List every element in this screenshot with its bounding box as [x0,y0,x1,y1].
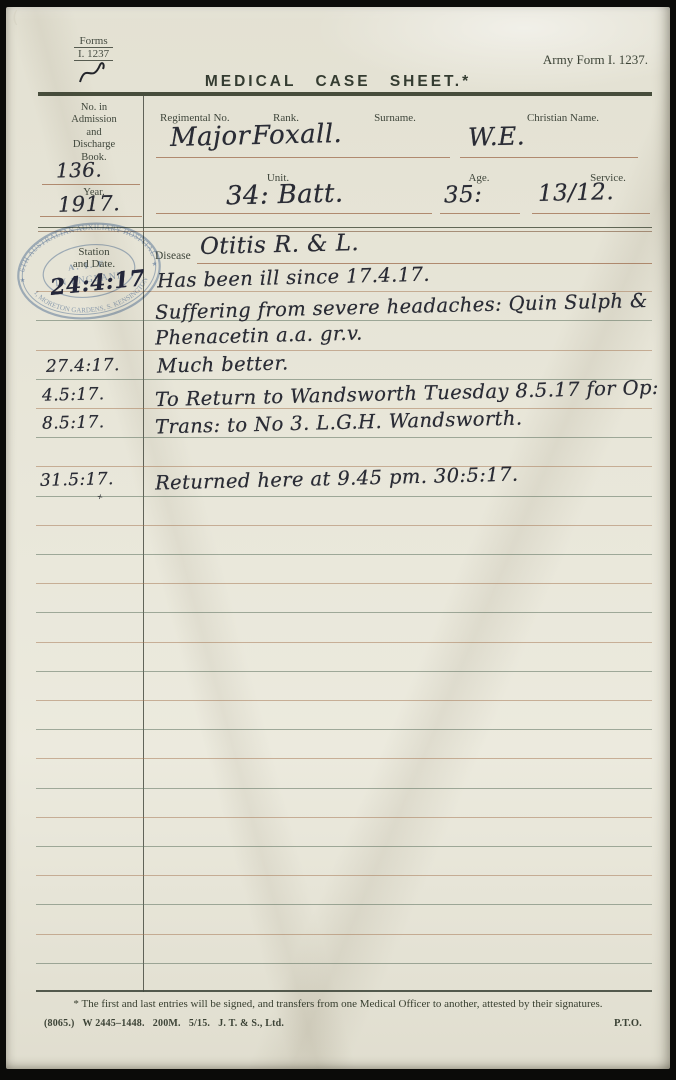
footnote-text: * The first and last entries will be sig… [0,998,676,1010]
year-value: 1917. [58,191,121,217]
ruled-line [36,963,652,964]
forms-corner-label: Forms I. 1237 [74,35,113,61]
christian-name-value: W.E. [468,121,526,151]
note-date: 8.5:17. [42,412,105,434]
document-page [6,7,670,1069]
admission-number-value: 136. [56,157,103,182]
ruled-line [36,671,652,672]
printer-code: (8065.) W 2445–1448. 200M. 5/15. J. T. &… [44,1018,284,1029]
ruled-line [36,729,652,730]
age-value: 35: [444,182,483,209]
ruled-line [36,612,652,613]
stamp-star-left-icon: ★ [19,276,26,285]
ruled-line [36,525,652,526]
disease-value: Otitis R. & L. [200,230,360,260]
note-date: 31.5:17. [40,469,114,491]
army-form-label: Army Form I. 1237. [543,52,648,68]
ruled-line [36,496,652,497]
title-rule [38,92,652,96]
ink-bracket-mark: ( [12,8,19,28]
note-date: 4.5:17. [42,384,105,406]
pto-label: P.T.O. [614,1018,642,1029]
ruled-line [36,904,652,905]
ruled-line [36,583,652,584]
surname-label: Surname. [355,112,435,124]
page-title: MEDICAL CASE SHEET.* [0,73,676,91]
christian-name-label: Christian Name. [513,112,613,124]
stamp-star-right-icon: ★ [151,260,158,269]
row2-underline-unit [156,213,432,214]
ruled-line [36,408,652,409]
bottom-rule [36,990,652,992]
unit-value: 34: Batt. [226,179,344,212]
ruled-line [36,554,652,555]
ruled-line [36,700,652,701]
row2-underline-age [440,213,520,214]
forms-label: Forms [74,35,113,48]
surname-value: Foxall. [252,119,343,151]
ruled-line [36,934,652,935]
photo-background: ( Forms I. 1237 Army Form I. 1237. MEDIC… [0,0,676,1080]
note-text: Much better. [157,351,289,377]
ruled-line [36,758,652,759]
ruled-line [36,642,652,643]
ruled-line [36,437,652,438]
admission-underline [42,184,140,185]
note-date: 27.4:17. [46,355,120,377]
ruled-line [36,846,652,847]
row1-underline-b [460,157,638,158]
admission-book-label: No. in Admission and Discharge Book. [46,102,142,164]
ruled-line [36,788,652,789]
row1-underline-a [156,157,450,158]
service-value: 13/12. [538,179,615,207]
row2-underline-service [532,213,650,214]
ruled-line [36,350,652,351]
ruled-line [36,875,652,876]
ruled-line [36,817,652,818]
rank-value: Major [170,121,251,153]
